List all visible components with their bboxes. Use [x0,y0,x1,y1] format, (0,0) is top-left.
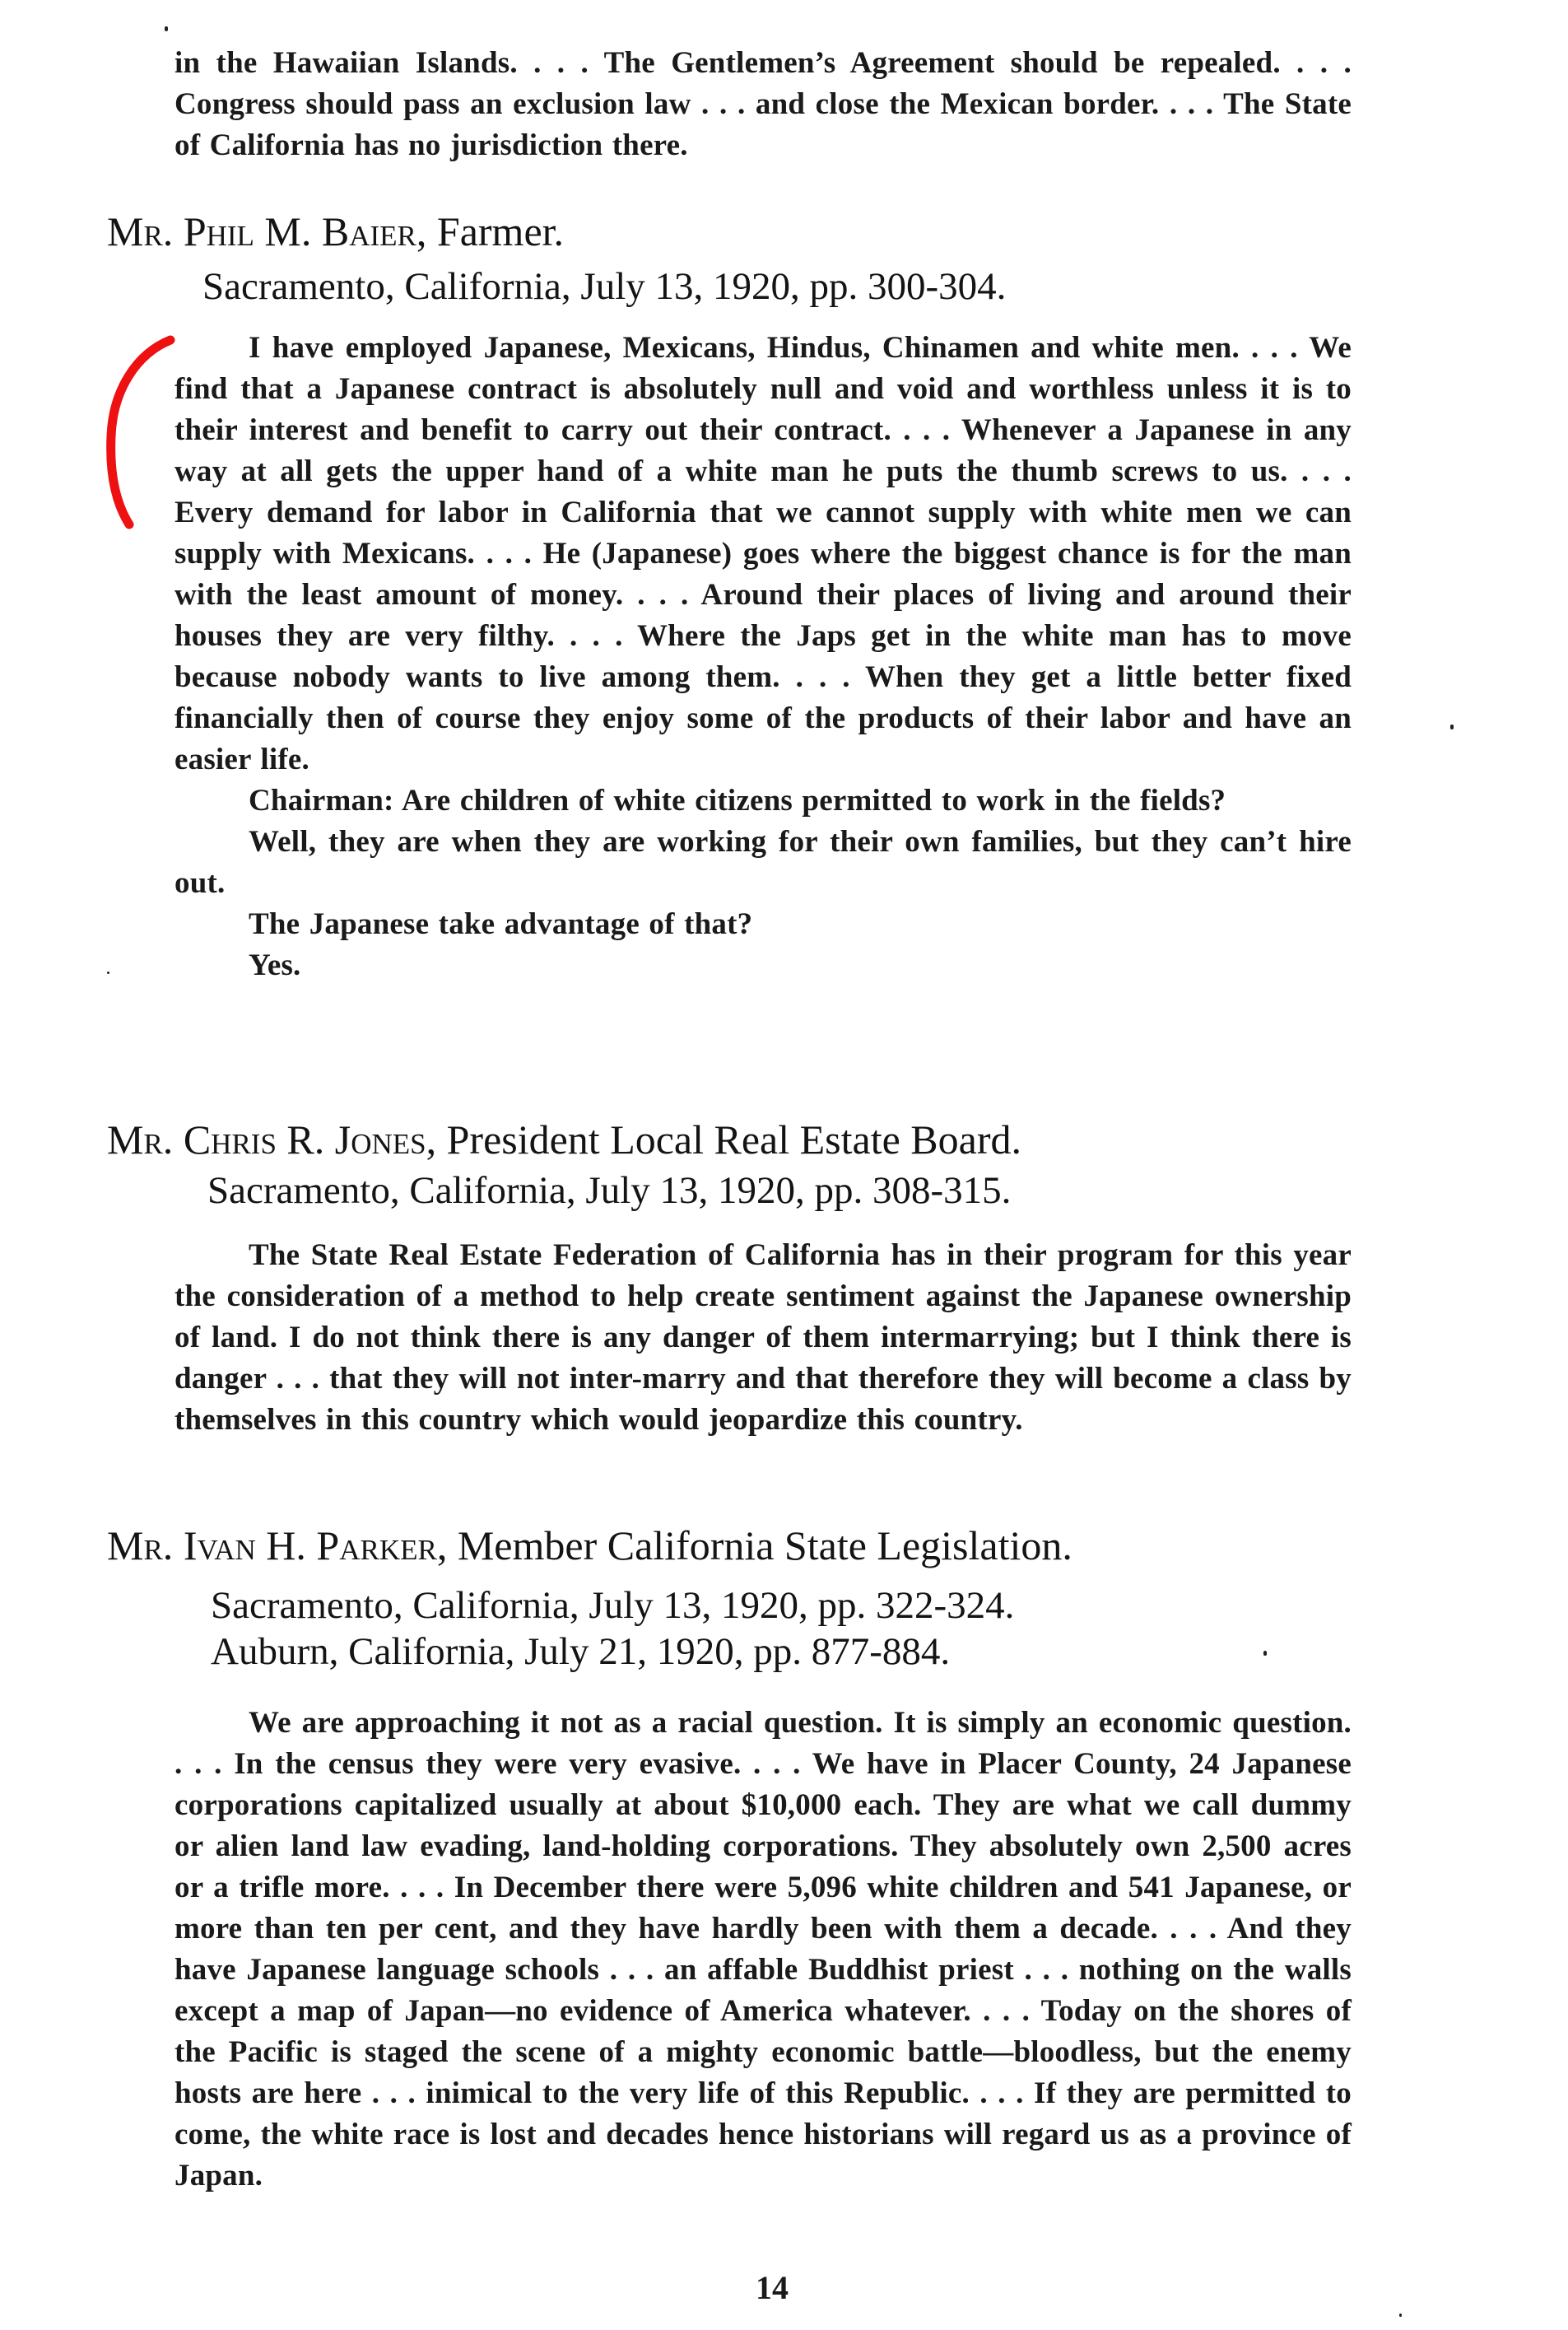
speaker-prefix: Mr. [107,1522,173,1568]
red-bracket-annotation [103,333,185,531]
witness-answer: Yes. [174,945,1352,986]
page-number: 14 [756,2268,789,2307]
testimony-parker: We are approaching it not as a racial qu… [174,1703,1352,2197]
testimony-baier: I have employed Japanese, Mexicans, Hind… [174,328,1352,986]
citation-jones-1: Sacramento, California, July 13, 1920, p… [207,1167,1011,1214]
chairman-question: The Japanese take advantage of that? [174,904,1352,945]
speaker-heading-baier: Mr. Phil M. Baier, Farmer. [107,207,564,255]
speaker-name: Ivan H. Parker, [184,1522,448,1568]
chairman-question: Chairman: Are children of white citizens… [174,781,1352,822]
speaker-title: Farmer. [437,208,564,254]
testimony-paragraph: I have employed Japanese, Mexicans, Hind… [174,328,1352,781]
speaker-prefix: Mr. [107,208,173,254]
scan-speck [165,26,168,31]
scanned-document-page: in the Hawaiian Islands. . . . The Gentl… [0,0,1568,2330]
testimony-paragraph: The State Real Estate Federation of Cali… [174,1235,1352,1441]
scan-speck [1450,725,1454,729]
testimony-jones: The State Real Estate Federation of Cali… [174,1235,1352,1441]
testimony-paragraph: We are approaching it not as a racial qu… [174,1703,1352,2197]
speaker-name: Phil M. Baier, [184,208,427,254]
intro-paragraph: in the Hawaiian Islands. . . . The Gentl… [174,43,1352,166]
speaker-title: President Local Real Estate Board. [447,1116,1021,1163]
scan-speck [1263,1651,1267,1656]
scan-speck [107,972,109,974]
scan-speck [1399,2314,1402,2317]
speaker-name: Chris R. Jones, [184,1116,436,1163]
speaker-heading-jones: Mr. Chris R. Jones, President Local Real… [107,1116,1021,1163]
speaker-prefix: Mr. [107,1116,173,1163]
citation-parker-2: Auburn, California, July 21, 1920, pp. 8… [211,1629,950,1675]
witness-answer: Well, they are when they are working for… [174,822,1352,904]
intro-paragraph-block: in the Hawaiian Islands. . . . The Gentl… [174,43,1352,166]
speaker-heading-parker: Mr. Ivan H. Parker, Member California St… [107,1521,1072,1569]
citation-baier-1: Sacramento, California, July 13, 1920, p… [202,263,1006,310]
citation-parker-1: Sacramento, California, July 13, 1920, p… [211,1582,1014,1629]
speaker-title: Member California State Legislation. [458,1522,1072,1568]
